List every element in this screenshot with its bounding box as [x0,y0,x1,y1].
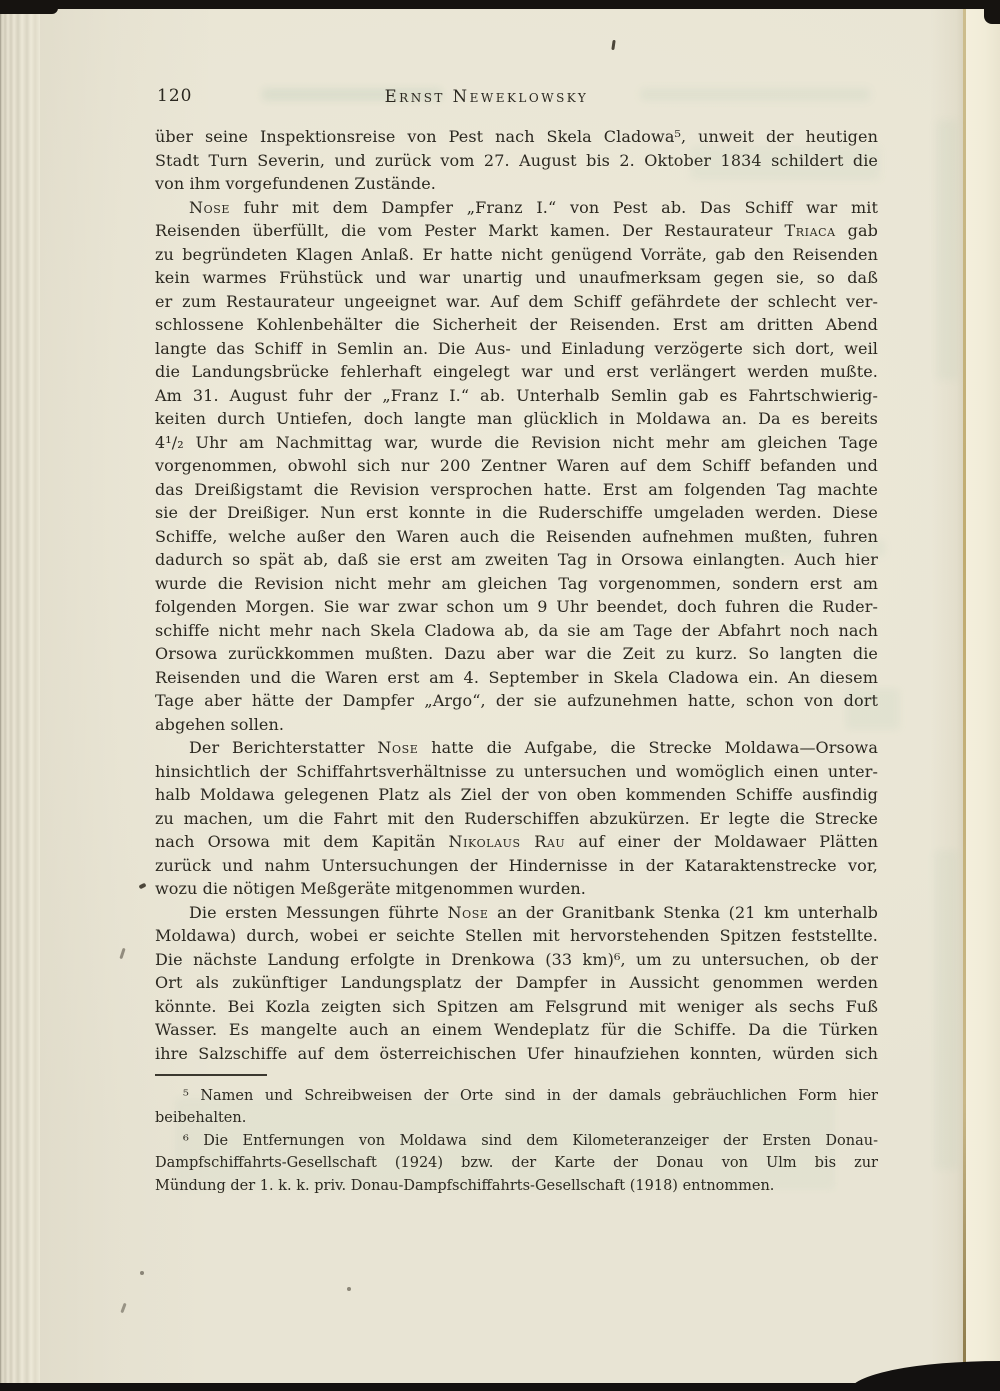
text-line: von ihm vorgefundenen Zustände. [155,172,878,196]
next-page-sliver [966,9,1000,1379]
text-line: 4¹/₂ Uhr am Nachmittag war, wurde die Re… [155,431,878,455]
text-line: über seine Inspektionsreise von Pest nac… [155,125,878,149]
text-line: Nose fuhr mit dem Dampfer „Franz I.“ von… [155,196,878,220]
text-line: Der Berichterstatter Nose hatte die Aufg… [155,736,878,760]
footnote-line: Mündung der 1. k. k. priv. Donau-Dampfsc… [155,1175,878,1197]
text-line: zu machen, um die Fahrt mit den Rudersch… [155,807,878,831]
page-edge-crease [963,9,966,1377]
show-through-mark [934,850,958,1170]
text-line: Die nächste Landung erfolgte in Drenkowa… [155,948,878,972]
text-line: wozu die nötigen Meßgeräte mitgenommen w… [155,877,878,901]
scanner-top-bar [0,0,1000,9]
scanner-bottom-bar [0,1383,1000,1391]
scan-speck [119,948,125,959]
text-line: Am 31. August fuhr der „Franz I.“ ab. Un… [155,384,878,408]
text-line: Stadt Turn Severin, und zurück vom 27. A… [155,149,878,173]
text-line: Reisenden und die Waren erst am 4. Septe… [155,666,878,690]
scan-speck [138,883,146,890]
text-line: könnte. Bei Kozla zeigten sich Spitzen a… [155,995,878,1019]
text-line: keiten durch Untiefen, doch langte man g… [155,407,878,431]
text-line: Tage aber hätte der Dampfer „Argo“, der … [155,689,878,713]
footnote-line: Dampfschiffahrts-Gesellschaft (1924) bzw… [155,1152,878,1174]
footnote-line: beibehalten. [155,1107,878,1129]
scan-speck [347,1287,351,1291]
show-through-mark [936,120,958,380]
text-line: sie der Dreißiger. Nun erst konnte in di… [155,501,878,525]
text-line: er zum Restaurateur ungeeignet war. Auf … [155,290,878,314]
text-line: Schiffe, welche außer den Waren auch die… [155,525,878,549]
scan-speck [140,1271,144,1275]
footnotes: ⁵ Namen und Schreibweisen der Orte sind … [155,1085,878,1197]
type-area: 120 Ernst Neweklowsky über seine Inspekt… [155,86,878,1197]
text-line: schiffe nicht mehr nach Skela Cladowa ab… [155,619,878,643]
running-head-row: 120 Ernst Neweklowsky [155,86,878,108]
footnote-line: ⁵ Namen und Schreibweisen der Orte sind … [155,1085,878,1107]
text-line: Ort als zukünftiger Landungsplatz der Da… [155,971,878,995]
text-line: Die ersten Messungen führte Nose an der … [155,901,878,925]
text-line: Orsowa zurückkommen mußten. Dazu aber wa… [155,642,878,666]
text-line: wurde die Revision nicht mehr am gleiche… [155,572,878,596]
text-line: nach Orsowa mit dem Kapitän Nikolaus Rau… [155,830,878,854]
text-line: Wasser. Es mangelte auch an einem Wendep… [155,1018,878,1042]
scan-speck [611,40,615,50]
text-line: die Landungsbrücke fehlerhaft eingelegt … [155,360,878,384]
text-line: Moldawa) durch, wobei er seichte Stellen… [155,924,878,948]
text-line: dadurch so spät ab, daß sie erst am zwei… [155,548,878,572]
running-header-author: Ernst Neweklowsky [125,87,848,106]
scanner-top-bar-nub [0,0,58,14]
scanner-top-right-edge [984,0,1000,24]
text-line: vorgenommen, obwohl sich nur 200 Zentner… [155,454,878,478]
text-line: zu begründeten Klagen Anlaß. Er hatte ni… [155,243,878,267]
text-line: schlossene Kohlenbehälter die Sicherheit… [155,313,878,337]
text-line: langte das Schiff in Semlin an. Die Aus-… [155,337,878,361]
body-text: über seine Inspektionsreise von Pest nac… [155,125,878,1065]
book-binding-page-stack [0,9,40,1391]
scan-speck [120,1303,126,1313]
text-line: zurück und nahm Untersuchungen der Hinde… [155,854,878,878]
text-line: halb Moldawa gelegenen Platz als Ziel de… [155,783,878,807]
footnote-line: ⁶ Die Entfernungen von Moldawa sind dem … [155,1130,878,1152]
text-line: hinsichtlich der Schiffahrtsverhältnisse… [155,760,878,784]
text-line: ihre Salzschiffe auf dem österreichische… [155,1042,878,1066]
footnote-separator-rule [155,1074,267,1076]
scanned-book-page: 120 Ernst Neweklowsky über seine Inspekt… [0,0,1000,1391]
text-line: kein warmes Frühstück und war unartig un… [155,266,878,290]
text-line: Reisenden überfüllt, die vom Pester Mark… [155,219,878,243]
text-line: folgenden Morgen. Sie war zwar schon um … [155,595,878,619]
text-line: abgehen sollen. [155,713,878,737]
text-line: das Dreißigstamt die Revision versproche… [155,478,878,502]
